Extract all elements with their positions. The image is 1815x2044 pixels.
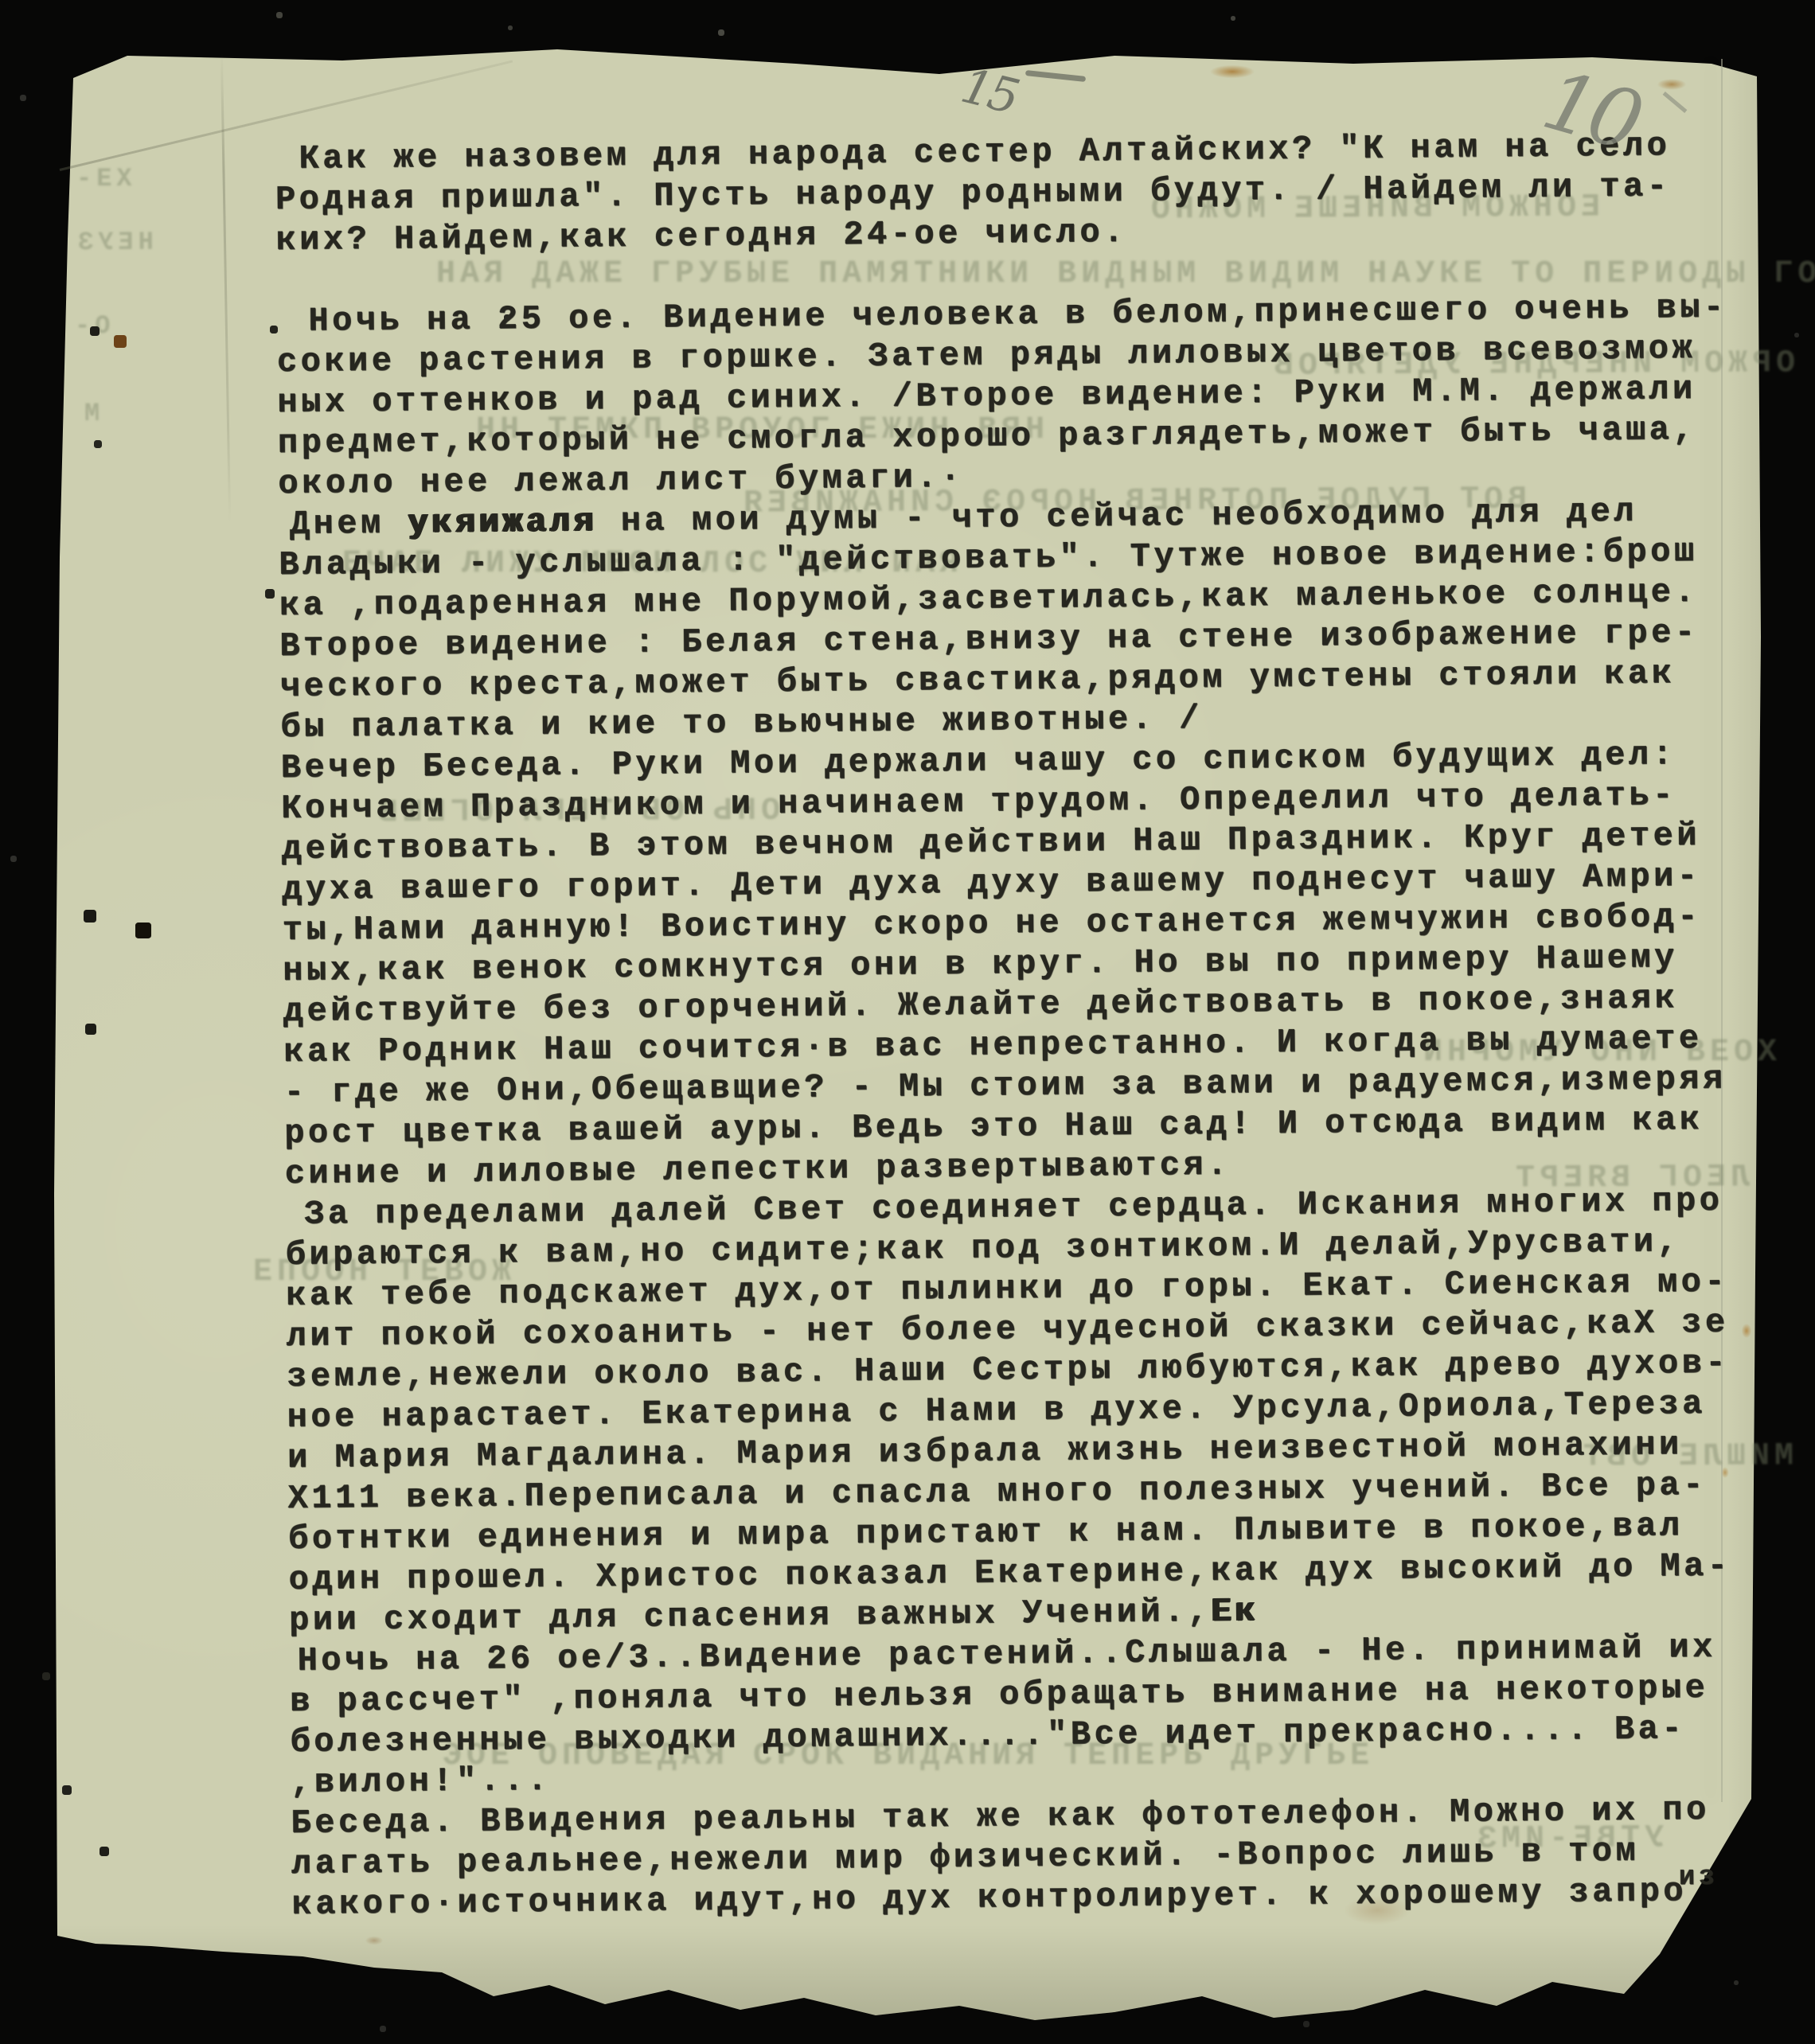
bleedthrough-line: -ЕХ	[76, 164, 137, 193]
scanned-document-page: ЕОНЖОМ ВИНЕШЕ МОЖНОНАЯ ДАЖЕ ГРУБЫЕ ПАМЯТ…	[0, 0, 1815, 2044]
paragraph: Вечер Беседа. Руки Мои держали чашу со с…	[281, 734, 1758, 1195]
paragraph: Ночь на 25 ое. Видение человека в белом,…	[276, 287, 1751, 505]
paragraph: За пределами далей Свет соединяет сердца…	[285, 1180, 1762, 1641]
bleedthrough-line: М	[80, 399, 100, 428]
paragraph: Днем укяижаля на мои думы - что сейчас н…	[279, 490, 1754, 748]
typed-superscript: из	[1679, 1863, 1719, 1893]
typewritten-text-block: Как же назовем для народа сестер Алтайск…	[275, 125, 1764, 1925]
overstruck-text: Ек	[1211, 1592, 1259, 1631]
overstruck-text: укяижаля	[408, 502, 597, 542]
bleedthrough-line: -О	[75, 311, 115, 341]
paragraph: Беседа. ВВидения реальны так же как фото…	[291, 1789, 1764, 1925]
paragraph: Ночь на 26 ое/3..Видение растений..Слыша…	[289, 1627, 1763, 1804]
scanner-dust	[0, 0, 2, 2]
paragraph: Как же назовем для народа сестер Алтайск…	[275, 125, 1748, 261]
bleedthrough-line: НЕУЗ	[73, 228, 154, 258]
